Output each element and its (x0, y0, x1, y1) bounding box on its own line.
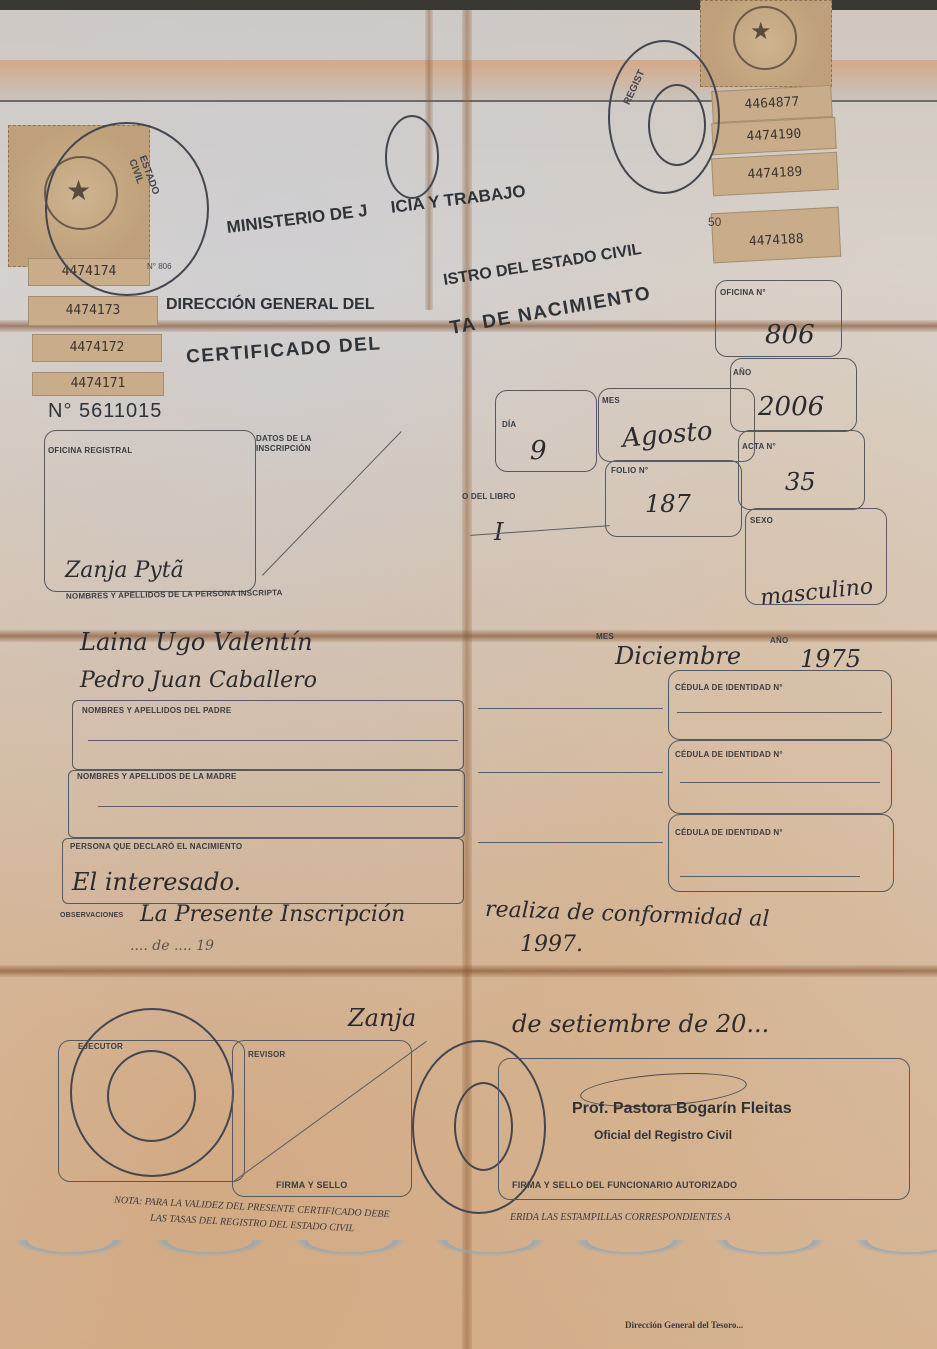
ejecutor-seal (70, 1008, 234, 1177)
declarante-value: El interesado. (72, 868, 241, 896)
civil-registry-seal-top-left: ESTADO CIVIL N° 806 (45, 122, 209, 296)
birth-month-label: MES (596, 632, 614, 641)
civil-registry-seal-top-right: REGIST (608, 40, 720, 194)
note-line1-right: ERIDA LAS ESTAMPILLAS CORRESPONDIENTES A (510, 1212, 731, 1223)
faint-seal-center (385, 115, 439, 199)
observaciones-label: OBSERVACIONES (60, 912, 123, 919)
tax-stamp-number: 4474190 (711, 117, 837, 155)
direction-left: DIRECCIÓN GENERAL DEL (166, 296, 375, 314)
stamp-denomination: 50 (708, 215, 721, 229)
folio-label: FOLIO N° (611, 466, 648, 475)
tax-stamp-emblem-right: ★ (700, 0, 832, 87)
star-icon: ★ (750, 17, 772, 46)
dia-label: DÍA (502, 420, 516, 429)
cedula-line-1 (677, 712, 882, 713)
cedula-line-2 (680, 782, 880, 783)
officer-name: Prof. Pastora Bogarín Fleitas (572, 1100, 792, 1118)
rule-line (478, 842, 663, 843)
persona-inscripta-value: Laina Ugo Valentín (80, 628, 313, 656)
revisor-box (232, 1040, 412, 1197)
cedula-box-3 (668, 814, 894, 892)
birth-year-label: AÑO (770, 636, 788, 645)
seal-text: REGIST (622, 68, 648, 106)
seal-text: ESTADO CIVIL (126, 154, 167, 218)
tax-stamp-number: 4474172 (32, 334, 162, 362)
mes-label: MES (602, 396, 620, 405)
ano-value: 2006 (758, 392, 824, 422)
oficina-no-label: OFICINA N° (720, 288, 766, 297)
ano-label: AÑO (733, 368, 751, 377)
cedula-label-1: CÉDULA DE IDENTIDAD N° (675, 683, 783, 692)
padre-line (88, 740, 458, 741)
date-value: de setiembre de 20... (512, 1010, 769, 1038)
acta-value: 35 (785, 468, 816, 496)
observaciones-line2-left: .... de .... 19 (130, 938, 214, 954)
observaciones-line2-right: 1997. (520, 932, 583, 957)
sexo-label: SEXO (750, 516, 773, 525)
oficina-registral-label: OFICINA REGISTRAL (48, 446, 132, 455)
decorative-wave-border (0, 1240, 937, 1276)
datos-inscripcion-label: DATOS DE LA INSCRIPCIÓN (256, 434, 336, 454)
declarante-label: PERSONA QUE DECLARÓ EL NACIMIENTO (70, 842, 242, 851)
madre-line (98, 806, 458, 807)
oficina-registral-value: Zanja Pytã (65, 558, 184, 583)
firma-sello-label: FIRMA Y SELLO (276, 1180, 347, 1190)
cedula-box-1 (668, 670, 892, 740)
folio-value: 187 (645, 490, 691, 518)
revisor-label: REVISOR (248, 1050, 285, 1059)
libro-label: O DEL LIBRO (462, 492, 516, 501)
serial-number: N° 5611015 (48, 400, 162, 423)
acta-label: ACTA N° (742, 442, 776, 451)
tax-stamp-number: 4474189 (711, 152, 839, 197)
rule-line (478, 708, 663, 709)
place-value: Zanja (348, 1004, 416, 1032)
tax-stamp-number: 4474173 (28, 296, 158, 326)
birth-month-value: Diciembre (615, 642, 741, 670)
fold-horizontal-3 (0, 965, 937, 977)
dia-value: 9 (530, 436, 547, 466)
cedula-label-2: CÉDULA DE IDENTIDAD N° (675, 750, 783, 759)
birthplace-value: Pedro Juan Caballero (80, 668, 317, 693)
cedula-line-3 (680, 876, 860, 877)
seal-inner-ring (107, 1050, 196, 1142)
seal-office: N° 806 (147, 262, 172, 271)
tax-stamp-number: 4474171 (32, 372, 164, 396)
birth-year-value: 1975 (800, 645, 861, 673)
tax-stamp-number: 4474188 (711, 207, 841, 264)
rule-line (478, 772, 663, 773)
oficina-no-value: 806 (765, 320, 815, 350)
imprint: Dirección General del Tesoro... (625, 1320, 743, 1330)
padre-label: NOMBRES Y APELLIDOS DEL PADRE (82, 706, 231, 715)
seal-inner-ring (648, 84, 706, 166)
observaciones-line1-left: La Presente Inscripción (140, 902, 405, 927)
madre-label: NOMBRES Y APELLIDOS DE LA MADRE (77, 772, 237, 781)
cedula-label-3: CÉDULA DE IDENTIDAD N° (675, 828, 783, 837)
officer-box-label: FIRMA Y SELLO DEL FUNCIONARIO AUTORIZADO (512, 1180, 737, 1190)
officer-title: Oficial del Registro Civil (594, 1128, 732, 1142)
